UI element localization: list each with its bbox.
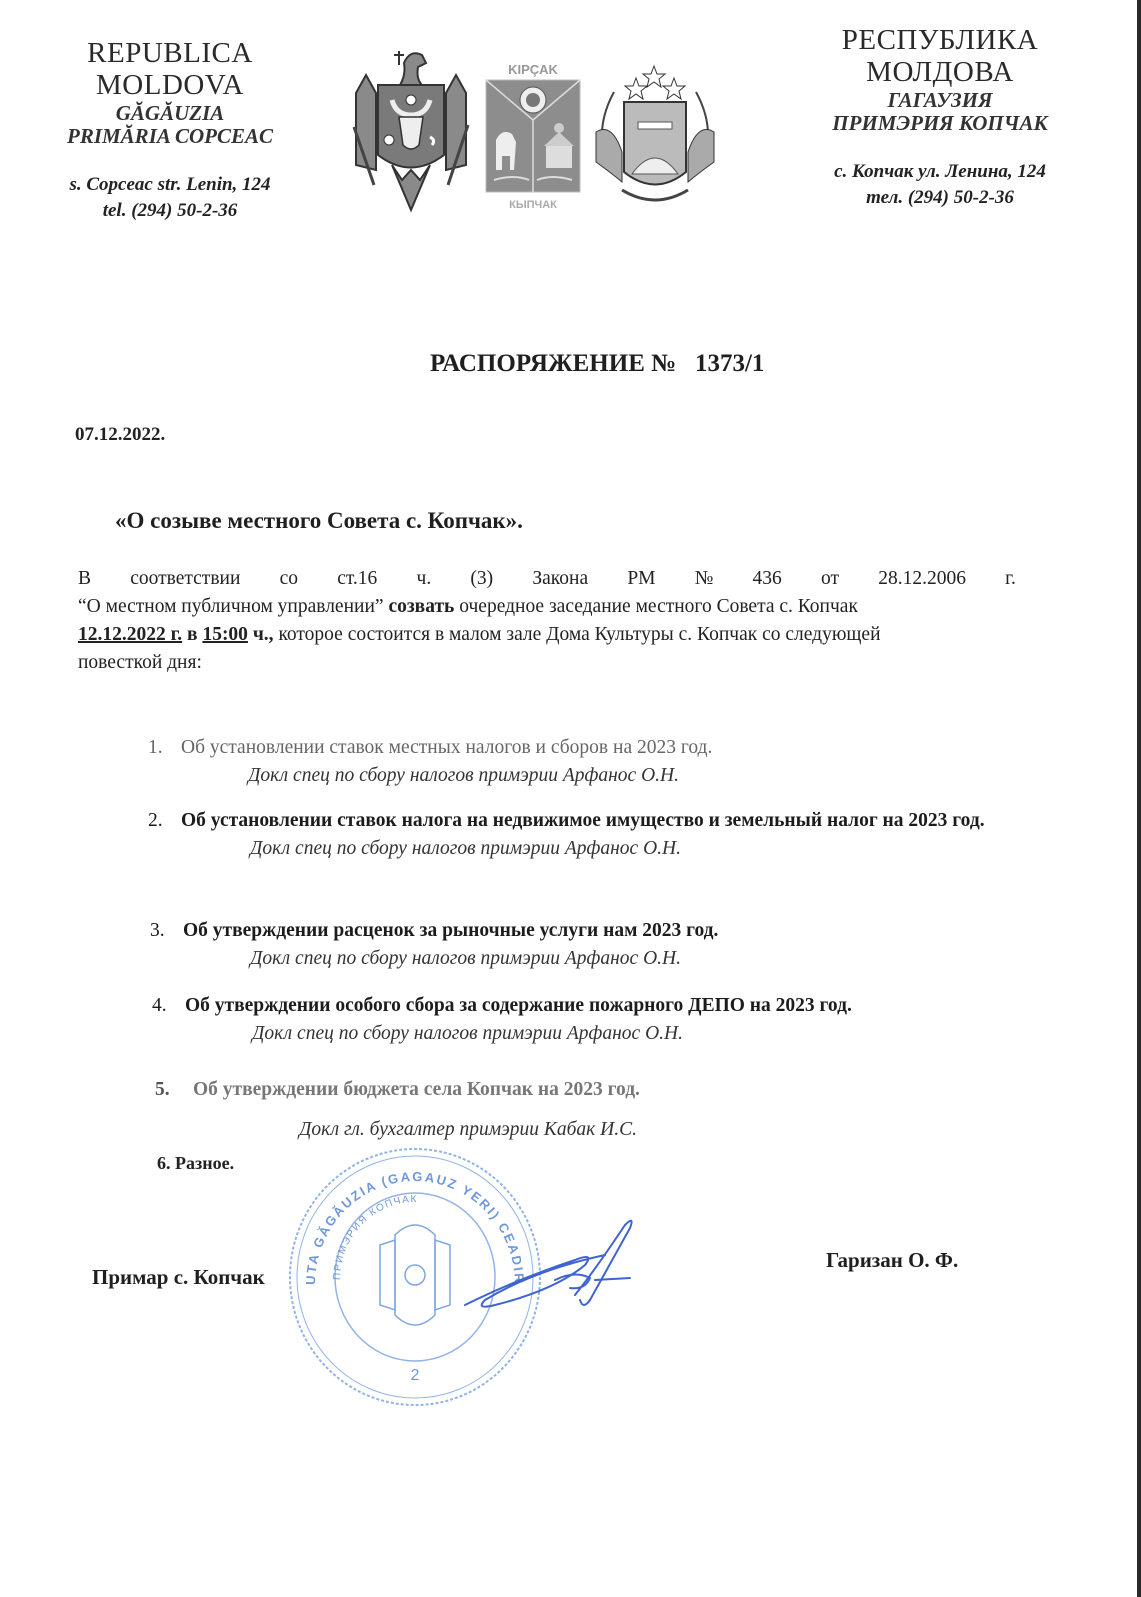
agenda-item: 5.Об утверждении бюджета села Копчак на … bbox=[155, 1077, 640, 1143]
paragraph-word: РМ bbox=[627, 565, 655, 593]
agenda-topic: Об установлении ставок налога на недвижи… bbox=[181, 808, 985, 834]
agenda-item: 6. Разное. bbox=[157, 1153, 234, 1174]
moldova-coat-of-arms-icon bbox=[352, 45, 470, 213]
country-name: MOLDOVA bbox=[40, 70, 300, 102]
paragraph-word: Закона bbox=[532, 565, 588, 593]
header-right-russian: РЕСПУБЛИКА МОЛДОВА ГАГАУЗИЯ ПРИМЭРИЯ КОП… bbox=[795, 25, 1085, 210]
agenda-topic: Об утверждении бюджета села Копчак на 20… bbox=[193, 1079, 640, 1100]
agenda-reporter: Докл гл. бухгалтер примэрии Кабак И.С. bbox=[299, 1117, 640, 1143]
country-name: REPUBLICA bbox=[40, 38, 300, 70]
agenda-reporter: Докл спец по сбору налогов примэрии Арфа… bbox=[250, 836, 1028, 862]
agenda-topic: Разное. bbox=[175, 1153, 234, 1173]
region-name: GĂGĂUZIA bbox=[40, 102, 300, 125]
country-name: МОЛДОВА bbox=[795, 57, 1085, 89]
paragraph-word: г. bbox=[1005, 565, 1016, 593]
paragraph-word: от bbox=[821, 565, 839, 593]
signatory-name: Гаризан О. Ф. bbox=[826, 1248, 958, 1273]
meeting-time: 15:00 bbox=[202, 624, 248, 645]
paragraph-line-1: Всоответствиисост.16ч.(3)ЗаконаРМ№436от2… bbox=[78, 565, 1016, 593]
paragraph-word: соответствии bbox=[130, 565, 240, 593]
address: с. Копчак ул. Ленина, 124 bbox=[795, 159, 1085, 185]
institution-name: PRIMĂRIA COPCEAC bbox=[40, 125, 300, 148]
agenda-item: 3.Об утверждении расценок за рыночные ус… bbox=[150, 918, 718, 972]
header-left-romanian: REPUBLICA MOLDOVA GĂGĂUZIA PRIMĂRIA COPC… bbox=[40, 38, 300, 223]
agenda-reporter: Докл спец по сбору налогов примэрии Арфа… bbox=[248, 763, 712, 789]
region-name: ГАГАУЗИЯ bbox=[795, 89, 1085, 112]
agenda-item: 4.Об утверждении особого сбора за содерж… bbox=[152, 993, 852, 1047]
paragraph-line-2: “О местном публичном управлении” созвать… bbox=[78, 593, 1016, 621]
paragraph-word: (3) bbox=[470, 565, 493, 593]
address: s. Copceac str. Lenin, 124 bbox=[40, 172, 300, 198]
agenda-item: 1.Об установлении ставок местных налогов… bbox=[148, 735, 712, 789]
body-paragraph: Всоответствиисост.16ч.(3)ЗаконаРМ№436от2… bbox=[78, 565, 1016, 677]
paragraph-word: 28.12.2006 bbox=[878, 565, 966, 593]
gagauzia-coat-of-arms-icon bbox=[592, 62, 718, 212]
phone: tel. (294) 50-2-36 bbox=[40, 198, 300, 224]
svg-text:КЫПЧАК: КЫПЧАК bbox=[509, 199, 557, 211]
paragraph-word: В bbox=[78, 565, 91, 593]
document-title: РАСПОРЯЖЕНИЕ № 1373/1 bbox=[430, 350, 764, 378]
agenda-item: 2.Об установлении ставок налога на недви… bbox=[148, 808, 1028, 862]
paragraph-word: со bbox=[280, 565, 298, 593]
agenda-reporter: Докл спец по сбору налогов примэрии Арфа… bbox=[250, 946, 718, 972]
scan-edge bbox=[1137, 0, 1141, 1597]
svg-text:KIPÇAK: KIPÇAK bbox=[508, 62, 558, 77]
handwritten-signature-icon bbox=[455, 1210, 645, 1320]
signatory-role: Примар с. Копчак bbox=[92, 1265, 265, 1290]
document-subject: «О созыве местного Совета с. Копчак». bbox=[115, 508, 523, 534]
agenda-topic: Об утверждении расценок за рыночные услу… bbox=[183, 920, 718, 941]
institution-name: ПРИМЭРИЯ КОПЧАК bbox=[795, 112, 1085, 135]
paragraph-word: ст.16 bbox=[337, 565, 377, 593]
meeting-date: 12.12.2022 г. bbox=[78, 624, 182, 645]
country-name: РЕСПУБЛИКА bbox=[795, 25, 1085, 57]
agenda-topic: Об утверждении особого сбора за содержан… bbox=[185, 995, 852, 1016]
svg-text:2: 2 bbox=[411, 1367, 420, 1384]
phone: тел. (294) 50-2-36 bbox=[795, 185, 1085, 211]
paragraph-word: 436 bbox=[753, 565, 782, 593]
document-date: 07.12.2022. bbox=[75, 424, 165, 446]
paragraph-line-3: 12.12.2022 г. в 15:00 ч., которое состои… bbox=[78, 621, 1016, 649]
agenda-reporter: Докл спец по сбору налогов примэрии Арфа… bbox=[252, 1021, 852, 1047]
paragraph-line-4: повесткой дня: bbox=[78, 649, 1016, 677]
paragraph-word: № bbox=[695, 565, 714, 593]
convene-word: созвать bbox=[388, 596, 454, 617]
kipcak-village-emblem-icon: KIPÇAK КЫПЧАК bbox=[484, 60, 582, 212]
paragraph-word: ч. bbox=[417, 565, 432, 593]
agenda-topic: Об установлении ставок местных налогов и… bbox=[181, 737, 712, 758]
